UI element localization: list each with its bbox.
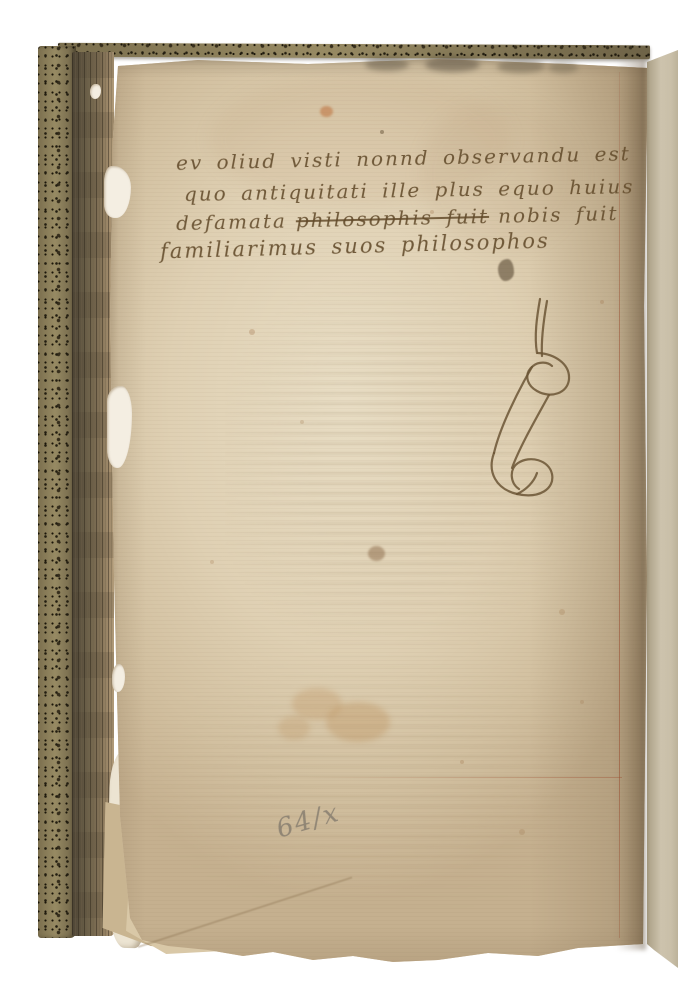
print-showthrough — [150, 655, 610, 910]
inscription-part: nobis fuit — [498, 201, 619, 228]
cover-board-top-edge — [58, 43, 650, 60]
inscription-part-struck-through: philosophis fuit — [296, 204, 490, 232]
stain — [278, 716, 310, 740]
ink-blot — [498, 259, 514, 281]
facing-flyleaf — [644, 48, 678, 970]
ink-smudge — [548, 62, 578, 73]
pen-flourish-doodle — [452, 296, 582, 511]
ink-smudge — [425, 57, 480, 72]
inscription-part: defamata — [176, 209, 287, 236]
ruled-line-horizontal — [300, 777, 622, 778]
cover-board-left-edge — [38, 46, 76, 938]
foxing-specks — [108, 56, 112, 60]
ink-smudge — [497, 60, 545, 73]
photo-canvas: ev oliud visti nonnd observandu est quo … — [0, 0, 683, 1000]
ink-smudge — [365, 58, 409, 71]
brown-stain — [368, 546, 385, 561]
stain — [326, 702, 390, 742]
